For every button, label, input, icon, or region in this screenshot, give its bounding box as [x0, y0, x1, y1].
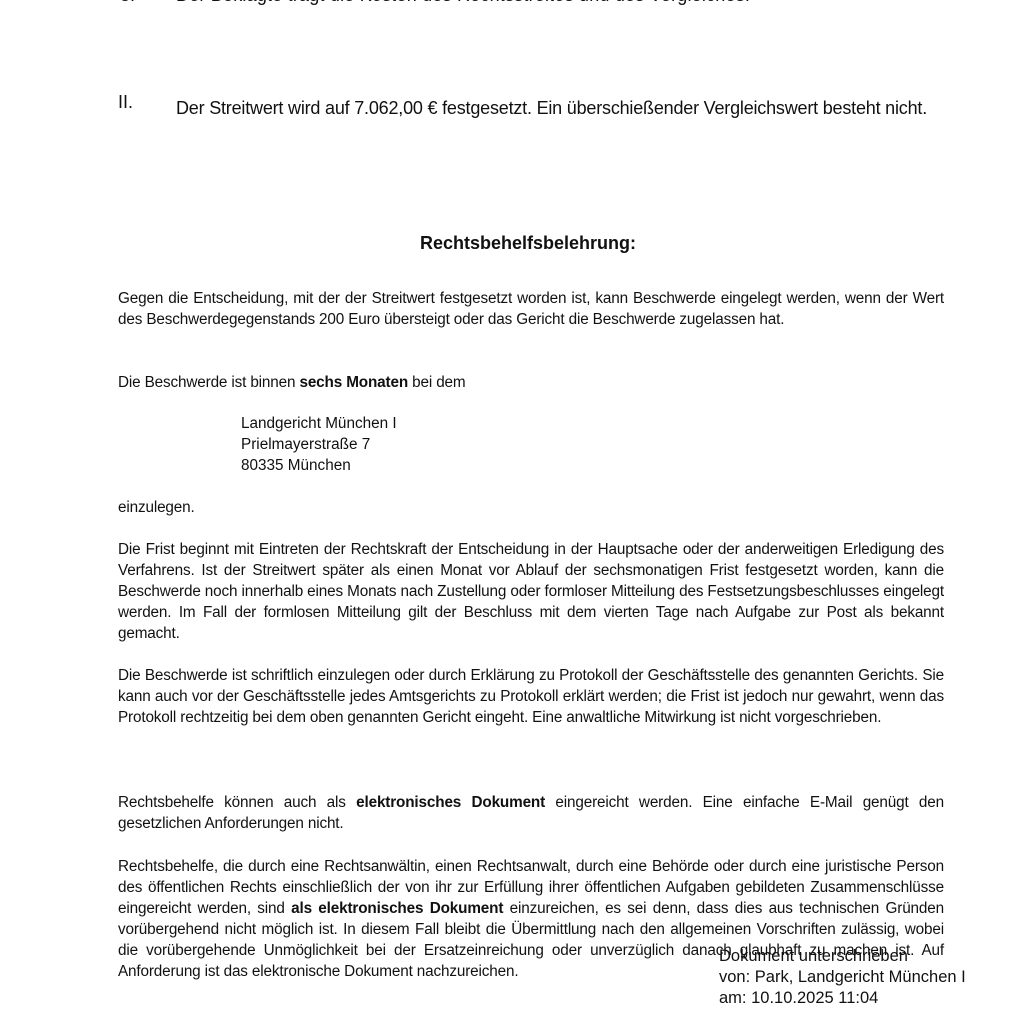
paragraph-electronic: Rechtsbehelfe können auch als elektronis…: [118, 792, 944, 834]
cut-item-number: 3.: [120, 0, 135, 7]
paragraph-deadline-start: Die Frist beginnt mit Eintreten der Rech…: [118, 539, 944, 644]
paragraph-deadline-before: Die Beschwerde ist binnen: [118, 374, 299, 391]
address-city: 80335 München: [241, 455, 397, 476]
paragraph-mandatory-bold: als elektronisches Dokument: [291, 900, 503, 917]
stamp-signer: von: Park, Landgericht München I: [719, 967, 966, 988]
document-page: 3. Der Beklagte trägt die Kosten des Rec…: [0, 0, 1024, 1024]
section-number: II.: [118, 90, 133, 114]
page-heading: Rechtsbehelfsbelehrung:: [0, 231, 1024, 255]
stamp-signed: Dokument unterschrieben: [719, 946, 966, 967]
paragraph-appeal-conditions: Gegen die Entscheidung, mit der der Stre…: [118, 288, 944, 330]
paragraph-filing-form: Die Beschwerde ist schriftlich einzulege…: [118, 665, 944, 728]
paragraph-deadline: Die Beschwerde ist binnen sechs Monaten …: [118, 372, 944, 393]
address-court: Landgericht München I: [241, 413, 397, 434]
address-street: Prielmayerstraße 7: [241, 434, 397, 455]
paragraph-electronic-before: Rechtsbehelfe können auch als: [118, 794, 356, 811]
signature-stamp: Dokument unterschrieben von: Park, Landg…: [719, 946, 966, 1009]
paragraph-file: einzulegen.: [118, 497, 944, 518]
stamp-date: am: 10.10.2025 11:04: [719, 988, 966, 1009]
cut-item-text: Der Beklagte trägt die Kosten des Rechts…: [176, 0, 750, 7]
paragraph-deadline-bold: sechs Monaten: [299, 374, 408, 391]
section-text: Der Streitwert wird auf 7.062,00 € festg…: [176, 90, 941, 126]
paragraph-deadline-after: bei dem: [408, 374, 465, 391]
paragraph-electronic-bold: elektronisches Dokument: [356, 794, 545, 811]
court-address: Landgericht München I Prielmayerstraße 7…: [241, 413, 397, 476]
